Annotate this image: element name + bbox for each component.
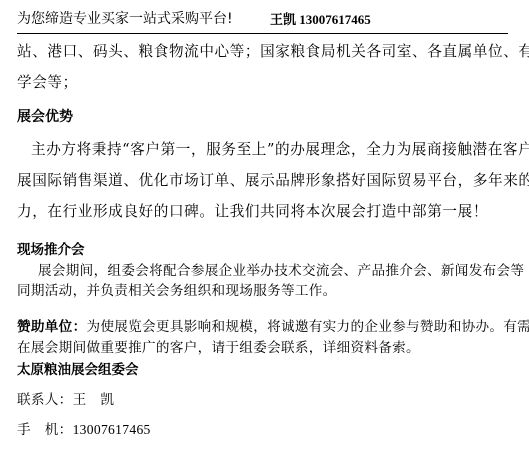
contact-label: 联系人： xyxy=(17,392,73,408)
advantages-line-2: 展国际销售渠道、优化市场订单、展示品牌形象搭好国际贸易平台，多年来的持续努 xyxy=(17,173,529,189)
organizer-name: 太原粮油展会组委会 xyxy=(17,362,139,378)
sponsor-label: 赞助单位： xyxy=(17,319,86,335)
section-title-advantages: 展会优势 xyxy=(17,109,73,125)
sponsor-line-2: 在展会期间做重要推广的客户，请于组委会联系，详细资料备索。 xyxy=(17,340,420,356)
header-contact: 王凯 13007617465 xyxy=(270,12,371,28)
phone-number: 13007617465 xyxy=(73,422,151,437)
advantages-line-3: 力，在行业形成良好的口碑。让我们共同将本次展会打造中部第一展！ xyxy=(17,204,488,220)
intro-line-2: 学会等； xyxy=(17,75,78,91)
header-slogan: 为您缔造专业买家一站式采购平台! xyxy=(17,11,233,27)
section-title-onsite: 现场推介会 xyxy=(17,242,85,258)
advantages-line-1: 主办方将秉持“客户第一，服务至上”的办展理念，全力为展商接触潜在客户、拓 xyxy=(31,142,529,158)
onsite-line-1: 展会期间，组委会将配合参展企业举办技术交流会、产品推介会、新闻发布会等 xyxy=(38,263,524,279)
header-divider xyxy=(17,33,508,34)
sponsor-line-1: 赞助单位：为使展览会更具影响和规模，将诚邀有实力的企业参与赞助和协办。有需 xyxy=(17,319,529,335)
phone-label: 手 机： xyxy=(17,422,73,438)
sponsor-text-1: 为使展览会更具影响和规模，将诚邀有实力的企业参与赞助和协办。有需 xyxy=(86,319,529,335)
contact-person-line: 联系人：王 凯 xyxy=(17,392,114,408)
contact-name: 王 凯 xyxy=(73,392,115,408)
onsite-line-2: 同期活动，并负责相关会务组织和现场服务等工作。 xyxy=(17,283,337,299)
intro-line-1: 站、港口、码头、粮食物流中心等；国家粮食局机关各司室、各直属单位、有关协会、 xyxy=(17,44,529,60)
phone-line: 手 机：13007617465 xyxy=(17,422,151,438)
